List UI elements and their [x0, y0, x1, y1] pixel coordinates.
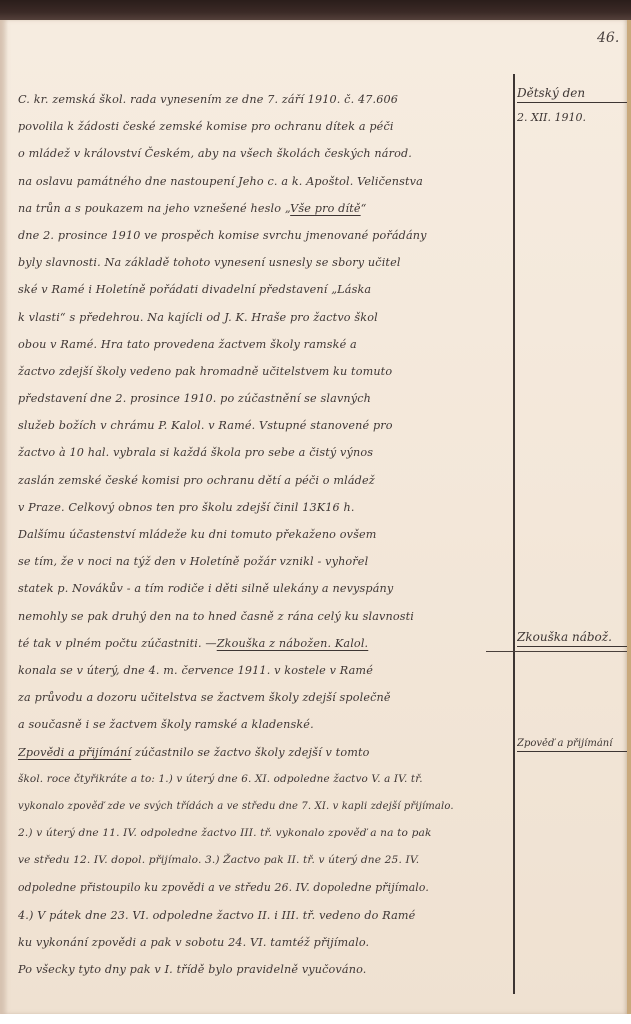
- text-line: povolila k žádosti české zemské komise p…: [18, 113, 510, 140]
- text-line: statek p. Novákův - a tím rodiče i děti …: [18, 575, 510, 602]
- margin-note-childrens-day: Dětský den 2. XII. 1910.: [517, 86, 627, 124]
- text-line: ku vykonání zpovědi a pak v sobotu 24. V…: [18, 929, 510, 956]
- page-fore-edge: [627, 20, 631, 1014]
- text-line: na oslavu památného dne nastoupení Jeho …: [18, 168, 510, 195]
- text-segment: té tak v plném počtu zúčastniti. —: [18, 637, 217, 650]
- text-line: za průvodu a dozoru učitelstva se žactve…: [18, 684, 510, 711]
- text-line: žactvo à 10 hal. vybrala si každá škola …: [18, 439, 510, 466]
- text-line: Dalšímu účastenství mládeže ku dni tomut…: [18, 521, 510, 548]
- exam-heading-underlined: Zkouška z nábožen. Kalol.: [217, 637, 369, 650]
- chronicle-entry-body: C. kr. zemská škol. rada vynesením ze dn…: [18, 86, 510, 983]
- scan-bottom-margin: [0, 1014, 631, 1024]
- text-line: té tak v plném počtu zúčastniti. —Zkoušk…: [18, 630, 510, 657]
- text-line: v Praze. Celkový obnos ten pro školu zde…: [18, 494, 510, 521]
- margin-heading: Zkouška nábož.: [517, 630, 627, 647]
- text-line: představení dne 2. prosince 1910. po zúč…: [18, 385, 510, 412]
- text-line: ské v Ramé i Holetíně pořádati divadelní…: [18, 276, 510, 303]
- margin-note-confession: Zpověď a přijímání: [517, 738, 627, 752]
- text-line: o mládež v království Českém, aby na vše…: [18, 140, 510, 167]
- text-line: vykonalo zpověď zde ve svých třídách a v…: [18, 793, 510, 820]
- text-segment: zúčastnilo se žactvo školy zdejší v tomt…: [131, 746, 369, 759]
- text-line: konala se v úterý, dne 4. m. července 19…: [18, 657, 510, 684]
- margin-column-rule: [513, 74, 515, 994]
- text-segment: na trůn a s poukazem na jeho vznešené he…: [18, 202, 290, 215]
- text-line: obou v Ramé. Hra tato provedena žactvem …: [18, 331, 510, 358]
- text-line: služeb božích v chrámu P. Kalol. v Ramé.…: [18, 412, 510, 439]
- margin-heading: Dětský den: [517, 86, 627, 103]
- text-line: dne 2. prosince 1910 ve prospěch komise …: [18, 222, 510, 249]
- text-line: odpoledne přistoupilo ku zpovědi a ve st…: [18, 874, 510, 901]
- text-line: zaslán zemské české komisi pro ochranu d…: [18, 467, 510, 494]
- motto-underlined: Vše pro dítě: [290, 202, 360, 215]
- margin-date: 2. XII. 1910.: [517, 111, 627, 124]
- text-line: škol. roce čtyřikráte a to: 1.) v úterý …: [18, 766, 510, 793]
- text-line: a současně i se žactvem školy ramské a k…: [18, 711, 510, 738]
- text-line: byly slavnosti. Na základě tohoto vynese…: [18, 249, 510, 276]
- page-gutter-shadow: [0, 20, 8, 1014]
- text-line: 4.) V pátek dne 23. VI. odpoledne žactvo…: [18, 902, 510, 929]
- margin-heading: Zpověď a přijímání: [517, 738, 627, 752]
- text-line: 2.) v úterý dne 11. IV. odpoledne žactvo…: [18, 820, 510, 847]
- text-segment: “: [361, 202, 367, 215]
- text-line: na trůn a s poukazem na jeho vznešené he…: [18, 195, 510, 222]
- text-line: ve středu 12. IV. dopol. přijímalo. 3.) …: [18, 847, 510, 874]
- text-line: k vlasti“ s předehrou. Na kajícli od J. …: [18, 304, 510, 331]
- text-line: žactvo zdejší školy vedeno pak hromadně …: [18, 358, 510, 385]
- text-line: C. kr. zemská škol. rada vynesením ze dn…: [18, 86, 510, 113]
- book-binding-edge: [0, 0, 631, 22]
- text-line: Po všecky tyto dny pak v I. třídě bylo p…: [18, 956, 510, 983]
- page-number: 46.: [597, 30, 619, 46]
- confession-heading-underlined: Zpovědi a přijímání: [18, 746, 131, 759]
- margin-note-religion-exam: Zkouška nábož.: [517, 630, 627, 647]
- text-line: se tím, že v noci na týž den v Holetíně …: [18, 548, 510, 575]
- text-line: nemohly se pak druhý den na to hned časn…: [18, 603, 510, 630]
- text-line: Zpovědi a přijímání zúčastnilo se žactvo…: [18, 739, 510, 766]
